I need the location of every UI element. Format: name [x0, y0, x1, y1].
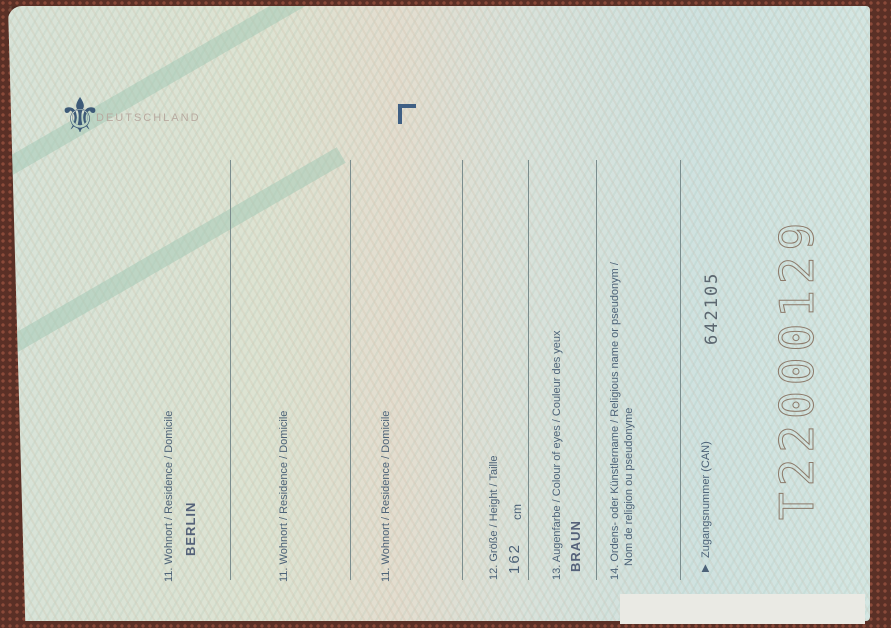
field-value-eye-colour: BRAUN: [568, 520, 583, 572]
field-label-height: 12. Größe / Height / Taille: [488, 455, 500, 580]
divider: [462, 160, 463, 580]
field-unit-height: cm: [510, 504, 524, 520]
divider: [230, 160, 231, 580]
divider: [528, 160, 529, 580]
divider: [680, 160, 681, 580]
field-label-residence-1: 11. Wohnort / Residence / Domicile: [163, 411, 175, 582]
field-label-eye-colour: 13. Augenfarbe / Colour of eyes / Couleu…: [551, 331, 563, 581]
passport-page: [8, 6, 870, 621]
perforated-document-number: T22000129: [770, 217, 824, 520]
page-number-marker: [398, 104, 416, 124]
field-label-religious-name-2: Nom de religion ou pseudonyme: [623, 408, 635, 566]
country-header: DEUTSCHLAND: [96, 112, 386, 124]
divider: [596, 160, 597, 580]
field-value-residence-1: BERLIN: [183, 502, 198, 556]
can-value: 642105: [702, 272, 722, 345]
field-value-height: 162: [506, 543, 523, 574]
field-label-religious-name-1: 14. Ordens- oder Künstlername / Religiou…: [609, 262, 621, 580]
can-label: Zugangsnummer (CAN): [700, 441, 712, 558]
can-marker-icon: ▶: [700, 564, 711, 572]
field-label-residence-3: 11. Wohnort / Residence / Domicile: [380, 411, 392, 582]
next-page-edge: [620, 594, 865, 624]
field-label-residence-2: 11. Wohnort / Residence / Domicile: [278, 411, 290, 582]
divider: [350, 160, 351, 580]
